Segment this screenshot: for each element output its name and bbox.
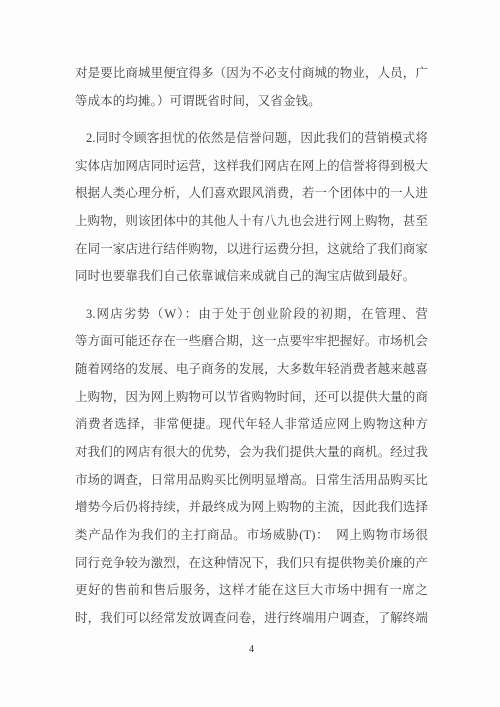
page-number: 4 [75, 644, 428, 656]
text-line: 在同一家店进行结伴购物，以进行运费分担，这就给了我们商家优势， [75, 236, 428, 264]
text-line: 时，我们可以经常发放调查问卷，进行终端用户调查，了解终端用户 [75, 605, 428, 633]
text-line: 同时也要靠我们自己依靠诚信来成就自己的淘宝店做到最好。 [75, 263, 428, 291]
text-line: 3.网店劣势（W）：由于处于创业阶段的初期，在管理、营销、控制 [75, 301, 428, 329]
text-line: 更好的售前和售后服务，这样才能在这巨大市场中拥有一席之地。同 [75, 577, 428, 605]
document-body: 对是要比商城里便宜得多（因为不必支付商城的物业，人员，广告等等成本的均摊。）可谓… [75, 60, 428, 633]
paragraph: 2.同时令顾客担忧的依然是信誉问题，因此我们的营销模式将采用实体店加网店同时运营… [75, 125, 428, 291]
text-line: 实体店加网店同时运营，这样我们网店在网上的信誉将得到极大提高。 [75, 153, 428, 181]
text-line: 根据人类心理分析，人们喜欢跟风消费，若一个团体中的一人进行网 [75, 180, 428, 208]
text-line: 消费者选择，非常便捷。现代年轻人非常适应网上购物这种方式，这 [75, 411, 428, 439]
text-line: 等方面可能还存在一些磨合期，这一点要牢牢把握好。市场机会（O）： [75, 328, 428, 356]
document-page: 对是要比商城里便宜得多（因为不必支付商城的物业，人员，广告等等成本的均摊。）可谓… [0, 0, 500, 707]
text-line: 上购物，则该团体中的其他人十有八九也会进行网上购物，甚至都会 [75, 208, 428, 236]
text-line: 随着网络的发展、电子商务的发展，大多数年轻消费者越来越喜欢网 [75, 356, 428, 384]
text-line: 等成本的均摊。）可谓既省时间，又省金钱。 [75, 88, 428, 116]
paragraph: 对是要比商城里便宜得多（因为不必支付商城的物业，人员，广告等等成本的均摊。）可谓… [75, 60, 428, 115]
text-line: 对我们的网店有很大的优势，会为我们提供大量的商机。经过我们对 [75, 439, 428, 467]
paragraph: 3.网店劣势（W）：由于处于创业阶段的初期，在管理、营销、控制等方面可能还存在一… [75, 301, 428, 633]
text-line: 类产品作为我们的主打商品。市场威胁(T)： 网上购物市场很大， [75, 522, 428, 550]
text-line: 市场的调查，日常用品购买比例明显增高。日常生活用品购买比例的 [75, 467, 428, 495]
text-line: 对是要比商城里便宜得多（因为不必支付商城的物业，人员，广告等 [75, 60, 428, 88]
text-line: 2.同时令顾客担忧的依然是信誉问题，因此我们的营销模式将采用 [75, 125, 428, 153]
text-line: 同行竞争较为激烈，在这种情况下，我们只有提供物美价廉的产品， [75, 550, 428, 578]
text-line: 增势今后仍将持续，并最终成为网上购物的主流，因此我们选择这一 [75, 494, 428, 522]
text-line: 上购物，因为网上购物可以节省购物时间，还可以提供大量的商品让 [75, 384, 428, 412]
